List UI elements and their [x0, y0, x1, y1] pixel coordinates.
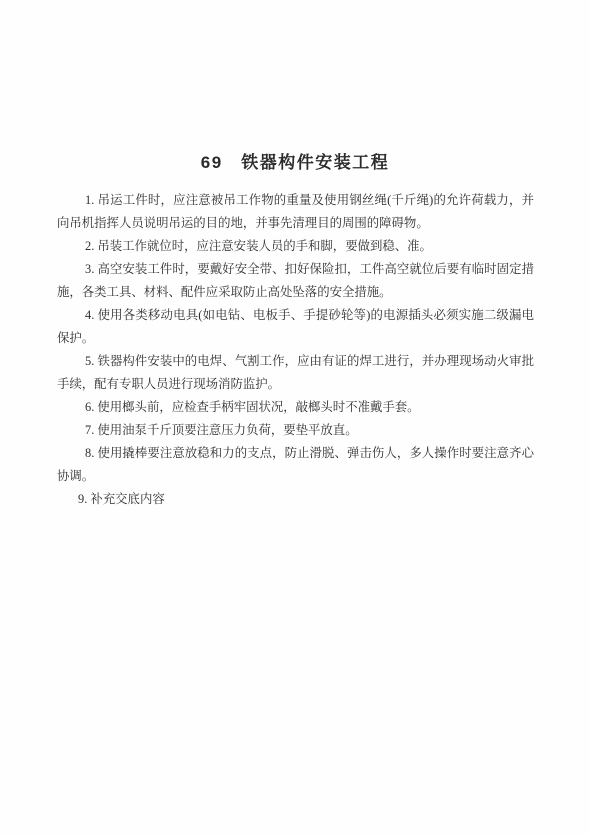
document-page: 69 铁器构件安装工程 1. 吊运工件时，应注意被吊工作物的重量及使用钢丝绳(千…: [0, 0, 590, 835]
page-title: 69 铁器构件安装工程: [0, 148, 590, 173]
clause-4: 4. 使用各类移动电具(如电钻、电板手、手提砂轮等)的电源插头必须实施二级漏电保…: [57, 304, 534, 350]
clause-9: 9. 补充交底内容: [57, 488, 534, 511]
document-body: 1. 吊运工件时，应注意被吊工作物的重量及使用钢丝绳(千斤绳)的允许荷载力，并向…: [57, 189, 534, 511]
clause-7: 7. 使用油泵千斤顶要注意压力负荷，要垫平放直。: [57, 419, 534, 442]
clause-1: 1. 吊运工件时，应注意被吊工作物的重量及使用钢丝绳(千斤绳)的允许荷载力，并向…: [57, 189, 534, 235]
clause-5: 5. 铁器构件安装中的电焊、气割工作，应由有证的焊工进行，并办理现场动火审批手续…: [57, 350, 534, 396]
clause-6: 6. 使用榔头前，应检查手柄牢固状况，敲榔头时不准戴手套。: [57, 396, 534, 419]
clause-8: 8. 使用撬棒要注意放稳和力的支点，防止滑脱、弹击伤人，多人操作时要注意齐心协调…: [57, 442, 534, 488]
clause-3: 3. 高空安装工件时，要戴好安全带、扣好保险扣，工件高空就位后要有临时固定措施，…: [57, 258, 534, 304]
clause-2: 2. 吊装工作就位时，应注意安装人员的手和脚，要做到稳、准。: [57, 235, 534, 258]
